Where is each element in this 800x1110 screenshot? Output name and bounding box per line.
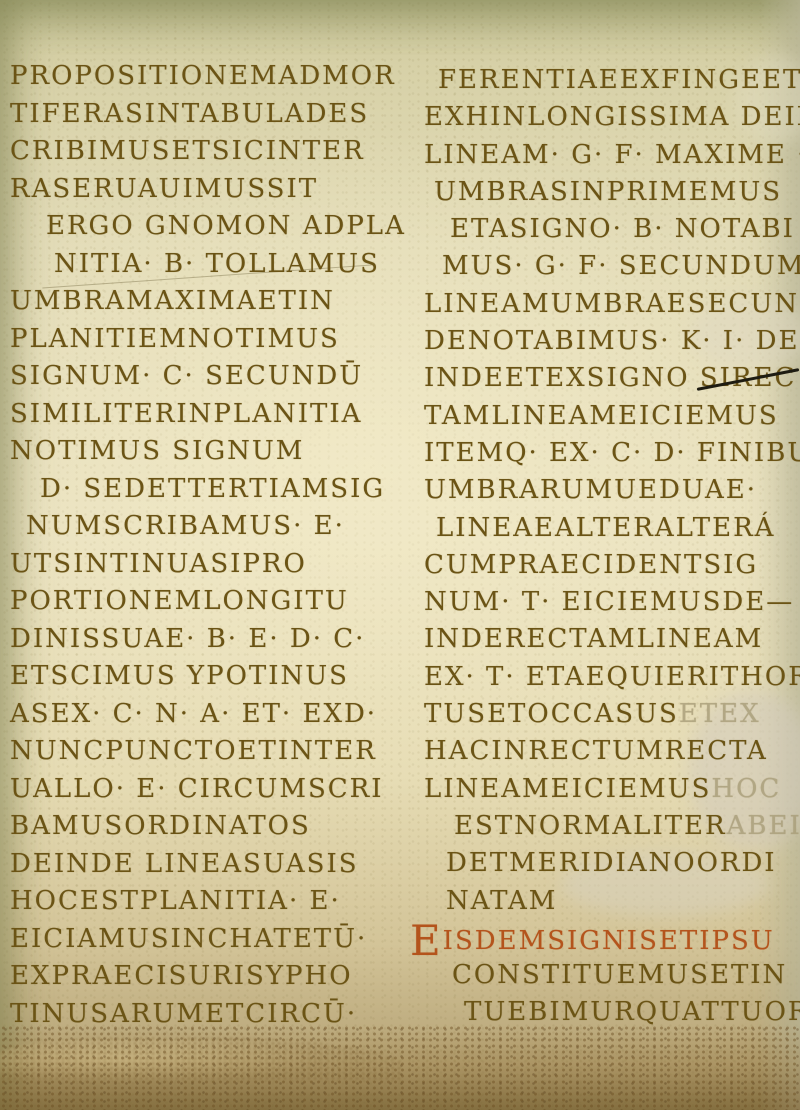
manuscript-line: LINEAEALTERALTERÁ xyxy=(436,510,800,547)
manuscript-line: UALLO· E· CIRCUMSCRI xyxy=(10,771,400,809)
manuscript-line: RASERUAUIMUSSIT xyxy=(10,171,400,209)
manuscript-line: D· SEDETTERTIAMSIG xyxy=(40,471,400,509)
manuscript-line: TINUSARUMETCIRCŪ· xyxy=(10,996,400,1034)
manuscript-line: ETASIGNO· B· NOTABI xyxy=(450,211,800,248)
manuscript-line: UMBRARUMUEDUAE· xyxy=(424,472,800,509)
line-text: INDEETEXSIGNO xyxy=(424,363,700,393)
manuscript-line: NITIA· B· TOLLAMUS xyxy=(54,246,400,284)
manuscript-line: DENOTABIMUS· K· I· DE xyxy=(424,323,800,360)
parchment-stain xyxy=(0,1036,400,1082)
manuscript-line: UMBRASINPRIMEMUS xyxy=(434,174,800,211)
manuscript-line: NUMSCRIBAMUS· E· xyxy=(26,508,400,546)
manuscript-line: HOCESTPLANITIA· E· xyxy=(10,883,400,921)
manuscript-line: NATAM xyxy=(446,883,800,920)
manuscript-line: UMBRAMAXIMAETIN xyxy=(10,283,400,321)
manuscript-line: BAMUSORDINATOS xyxy=(10,808,400,846)
manuscript-line: PROPOSITIONEMADMOR xyxy=(10,58,400,96)
manuscript-line: SIGNUM· C· SECUNDŪ xyxy=(10,358,400,396)
manuscript-line: NOTIMUS SIGNUM xyxy=(10,433,400,471)
manuscript-line: NUNCPUNCTOETINTER xyxy=(10,733,400,771)
manuscript-line: TUEBIMURQUATTUOR xyxy=(464,994,800,1031)
manuscript-line: TIFERASINTABULADES xyxy=(10,96,400,134)
manuscript-line: ITEMQ· EX· C· D· FINIBUS xyxy=(424,435,800,472)
manuscript-line: ETSCIMUS YPOTINUS xyxy=(10,658,400,696)
manuscript-line: HACINRECTUMRECTA xyxy=(424,733,800,770)
manuscript-line: ERGO GNOMON ADPLA xyxy=(46,208,400,246)
faded-text: ABEI xyxy=(727,811,800,841)
manuscript-line: TUSETOCCASUSETEX xyxy=(424,696,800,733)
manuscript-line: EX· T· ETAEQUIERITHOR xyxy=(424,659,800,696)
manuscript-line: ESTNORMALITERABEI xyxy=(454,808,800,845)
right-text-column: FERENTIAEEXFINGEET EXHINLONGISSIMA DEIND… xyxy=(424,62,800,1032)
manuscript-line: TAMLINEAMEICIEMUS xyxy=(424,398,800,435)
manuscript-line: FERENTIAEEXFINGEET xyxy=(438,62,800,99)
manuscript-line: NUM· T· EICIEMUSDE— xyxy=(424,584,800,621)
rubric-initial: E xyxy=(410,916,443,965)
manuscript-line: EXPRAECISURISYPHO xyxy=(10,958,400,996)
manuscript-line: LINEAM· G· F· MAXIME · xyxy=(424,137,800,174)
manuscript-line: LINEAMUMBRAESECUN xyxy=(424,286,800,323)
manuscript-line: CONSTITUEMUSETIN xyxy=(452,957,800,994)
manuscript-page: PROPOSITIONEMADMOR TIFERASINTABULADES CR… xyxy=(0,0,800,1110)
manuscript-line: EXHINLONGISSIMA DEINDE xyxy=(424,99,800,136)
line-text: TUSETOCCASUS xyxy=(424,699,679,729)
manuscript-line: PORTIONEMLONGITU xyxy=(10,583,400,621)
manuscript-line: INDEETEXSIGNO SIREC xyxy=(424,360,800,397)
faded-text: ETEX xyxy=(679,699,761,729)
parchment-bottom-edge xyxy=(0,1025,800,1110)
manuscript-line: CUMPRAECIDENTSIG xyxy=(424,547,800,584)
faded-text: HOC xyxy=(711,774,781,804)
rubricated-line: EISDEMSIGNISETIPSU xyxy=(410,920,800,957)
manuscript-line: DEINDE LINEASUASIS xyxy=(10,846,400,884)
manuscript-line: ASEX· C· N· A· ET· EXD· xyxy=(10,696,400,734)
struck-word: SIREC xyxy=(700,360,797,397)
manuscript-line: PLANITIEMNOTIMUS xyxy=(10,321,400,359)
manuscript-line: EICIAMUSINCHATETŪ· xyxy=(10,921,400,959)
manuscript-line: UTSINTINUASIPRO xyxy=(10,546,400,584)
line-text: LINEAMEICIEMUS xyxy=(424,774,711,804)
manuscript-line: SIMILITERINPLANITIA xyxy=(10,396,400,434)
manuscript-line: MUS· G· F· SECUNDUM xyxy=(442,248,800,285)
line-text: ESTNORMALITER xyxy=(454,811,727,841)
manuscript-line: LINEAMEICIEMUSHOC xyxy=(424,771,800,808)
manuscript-line: DINISSUAE· B· E· D· C· xyxy=(10,621,400,659)
manuscript-line: DETMERIDIANOORDI xyxy=(446,845,800,882)
manuscript-line: INDERECTAMLINEAM xyxy=(424,621,800,658)
rubric-text: ISDEMSIGNISETIPSU xyxy=(443,926,775,956)
left-text-column: PROPOSITIONEMADMOR TIFERASINTABULADES CR… xyxy=(10,58,400,1033)
manuscript-line: CRIBIMUSETSICINTER xyxy=(10,133,400,171)
